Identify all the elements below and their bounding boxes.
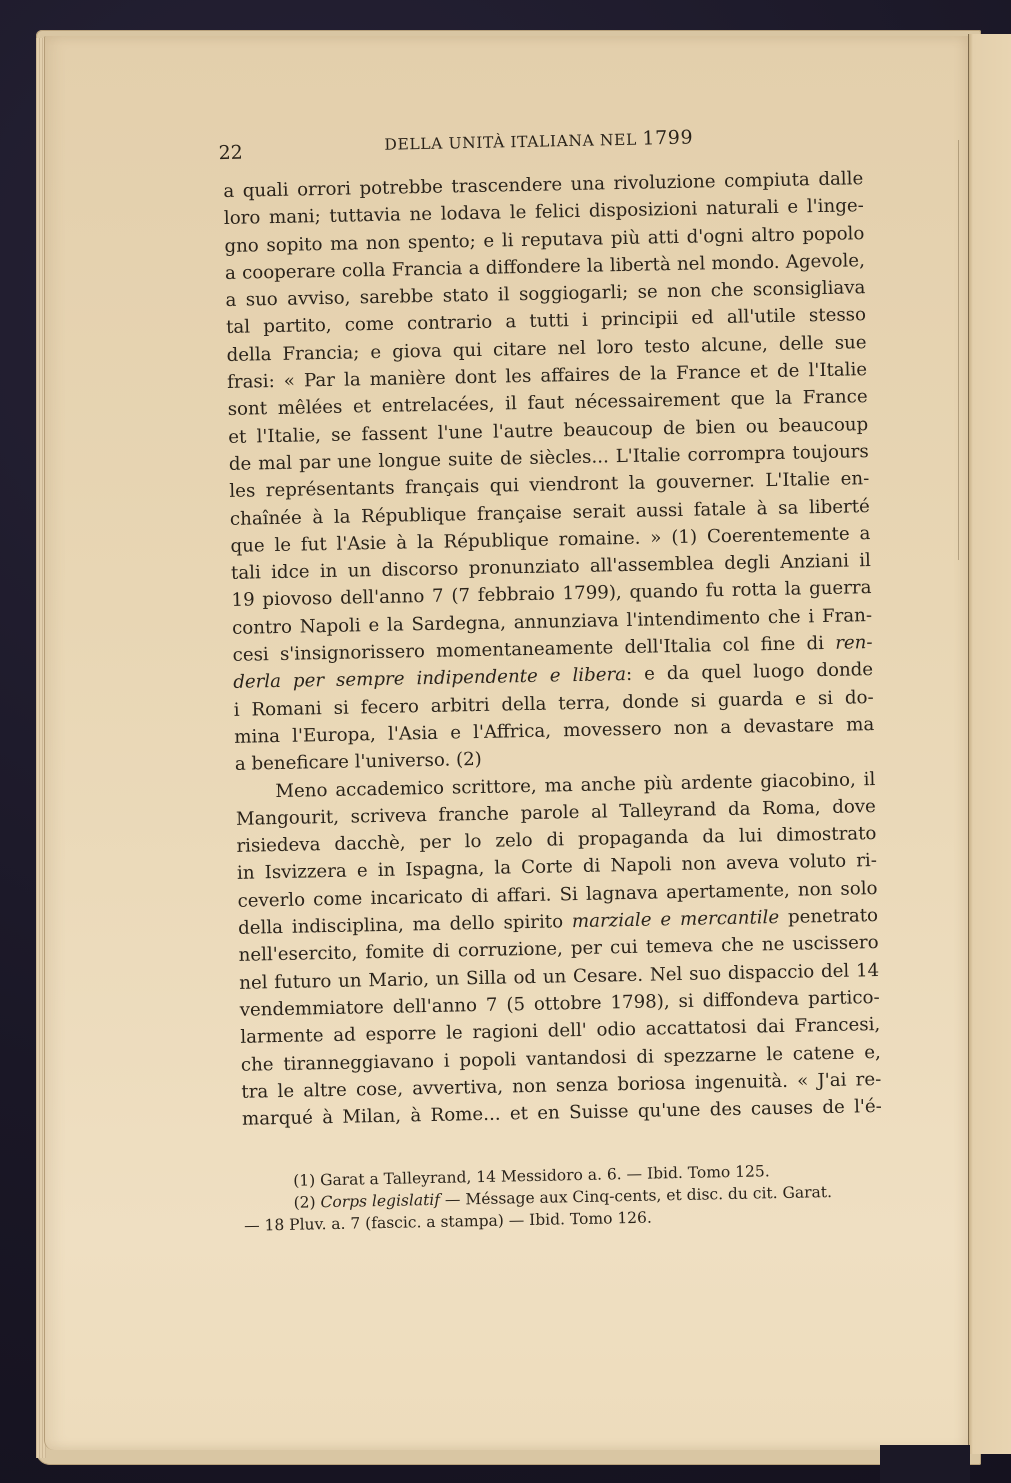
facing-page-edge [968,34,1011,1454]
text-run: penetrato [779,905,878,928]
gutter-crease [958,140,959,560]
italic-text: derla per sempre indipendente e libera [233,664,626,693]
italic-text: marziale e mercantile [572,907,780,932]
footnotes: (1) Garat a Talleyrand, 14 Messidoro a. … [243,1158,884,1237]
page-text: 22 DELLA UNITÀ ITALIANA NEL 1799 a quali… [222,111,884,1237]
italic-text: ren- [835,632,873,654]
body-text: a quali orrori potrebbe trascendere una … [223,165,882,1133]
footnote-marker: (2) [293,1194,320,1213]
running-title: DELLA UNITÀ ITALIANA NEL 1799 [384,127,693,155]
page-number: 22 [218,142,243,164]
text-run: della indisciplina, ma dello spirito [238,911,572,939]
running-title-year: 1799 [642,127,693,150]
italic-text: Corps legislatif [320,1191,440,1211]
scan-background-corner [880,1445,970,1483]
running-title-text: DELLA UNITÀ ITALIANA NEL [384,131,637,154]
text-run: : e da quel luogo donde [626,659,873,685]
